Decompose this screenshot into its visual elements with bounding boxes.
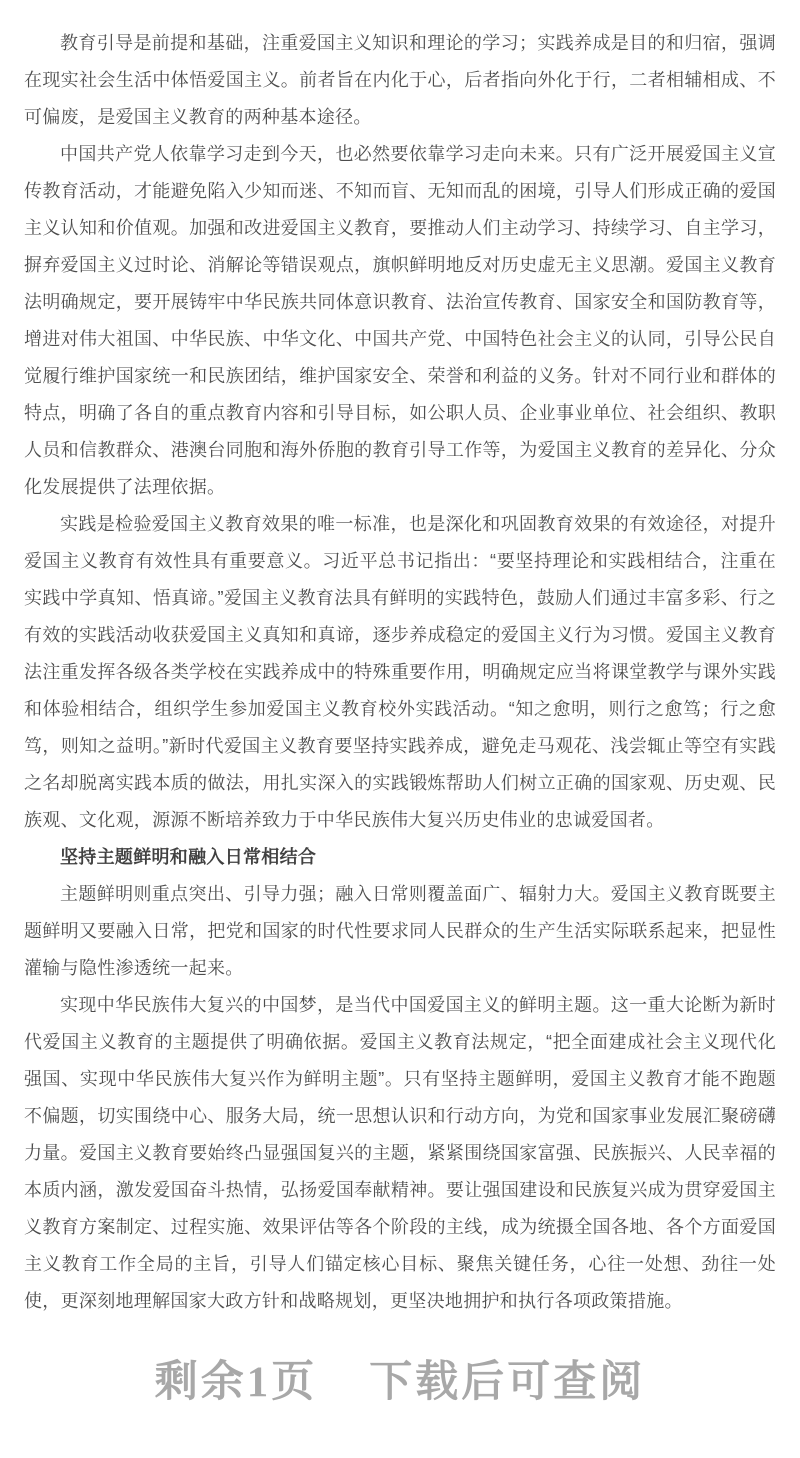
paragraph-theme-clear-daily-integration: 主题鲜明则重点突出、引导力强；融入日常则覆盖面广、辐射力大。爱国主义教育既要主题… [24,876,776,987]
document-preview-page: 教育引导是前提和基础，注重爱国主义知识和理论的学习；实践养成是目的和归宿，强调在… [0,0,800,1458]
paragraph-learning-and-law: 中国共产党人依靠学习走到今天，也必然要依靠学习走向未来。只有广泛开展爱国主义宣传… [24,136,776,506]
paragraph-china-dream-theme: 实现中华民族伟大复兴的中国梦，是当代中国爱国主义的鲜明主题。这一重大论断为新时代… [24,987,776,1320]
paragraph-practice-cultivation: 实践是检验爱国主义教育效果的唯一标准，也是深化和巩固教育效果的有效途径，对提升爱… [24,506,776,839]
download-to-view-label: 下载后可查阅 [369,1359,645,1406]
remaining-pages-banner: 剩余1页下载后可查阅 [0,1348,800,1409]
remaining-pages-label: 剩余1页 [155,1359,318,1406]
paragraph-education-guidance: 教育引导是前提和基础，注重爱国主义知识和理论的学习；实践养成是目的和归宿，强调在… [24,25,776,136]
document-body: 教育引导是前提和基础，注重爱国主义知识和理论的学习；实践养成是目的和归宿，强调在… [24,25,776,1320]
section-heading-theme-and-daily-life: 坚持主题鲜明和融入日常相结合 [24,839,776,876]
